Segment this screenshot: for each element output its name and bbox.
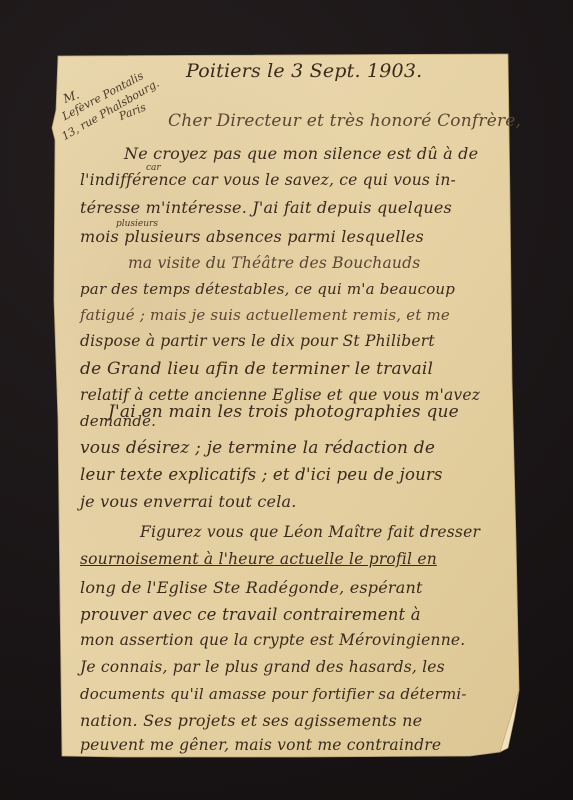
body-line: ma visite du Théâtre des Bouchauds — [128, 256, 420, 272]
body-line: vous désirez ; je termine la rédaction d… — [80, 440, 435, 457]
body-line: leur texte explicatifs ; et d'ici peu de… — [80, 467, 443, 484]
body-line: Ne croyez pas que mon silence est dû à d… — [124, 146, 478, 162]
body-line: documents qu'il amasse pour fortifier sa… — [80, 687, 467, 702]
body-line: je vous enverrai tout cela. — [80, 494, 297, 510]
body-line: mon assertion que la crypte est Méroving… — [80, 633, 465, 649]
body-line: de Grand lieu afin de terminer le travai… — [80, 361, 433, 378]
salutation: Cher Directeur et très honoré Confrère, — [168, 113, 521, 130]
inserted-word: plusieurs — [116, 219, 158, 229]
body-line: Je connais, par le plus grand des hasard… — [80, 660, 445, 676]
body-line: sournoisement à l'heure actuelle le prof… — [80, 552, 437, 568]
body-line: prouver avec ce travail contrairement à — [80, 607, 421, 624]
body-line: mois plusieurs absences parmi lesquelles — [80, 229, 424, 245]
body-line: nation. Ses projets et ses agissements n… — [80, 713, 422, 729]
body-line: par des temps détestables, ce qui m'a be… — [80, 282, 455, 297]
body-line: dispose à partir vers le dix pour St Phi… — [80, 334, 435, 350]
body-line: long de l'Eglise Ste Radégonde, espérant — [80, 580, 423, 596]
place-date: Poitiers le 3 Sept. 1903. — [186, 62, 422, 81]
inserted-word: car — [146, 163, 161, 173]
body-line: peuvent me gêner, mais vont me contraind… — [80, 738, 441, 754]
body-line: Figurez vous que Léon Maître fait dresse… — [140, 525, 480, 541]
body-line: fatigué ; mais je suis actuellement remi… — [80, 308, 450, 323]
body-line: téresse m'intéresse. J'ai fait depuis qu… — [80, 200, 452, 216]
body-line: l'indifférence car vous le savez, ce qui… — [80, 173, 456, 189]
document-viewer: M. Lefèvre Pontalis 13, rue Phalsbourg. … — [0, 0, 573, 800]
body-line: J'ai en main les trois photographies que — [108, 404, 459, 421]
